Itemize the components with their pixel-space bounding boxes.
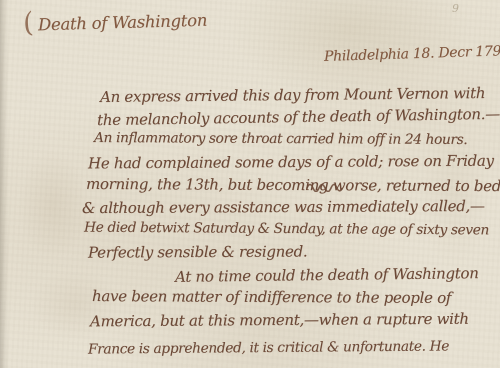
page-number: 9 bbox=[452, 2, 459, 15]
manuscript-line: An express arrived this day from Mount V… bbox=[100, 84, 485, 106]
manuscript-line: the melancholy accounts of the death of … bbox=[97, 105, 500, 129]
title-flourish-mark: ( bbox=[19, 7, 37, 40]
page-title: Death of Washington bbox=[38, 11, 208, 35]
dateline: Philadelphia 18. Decr 1799 bbox=[324, 43, 500, 65]
manuscript-line: He had complained some days of a cold; r… bbox=[88, 152, 494, 173]
page-left-edge-shadow bbox=[0, 0, 9, 368]
manuscript-line: An inflammatory sore throat carried him … bbox=[94, 130, 467, 148]
manuscript-line: He died betwixt Saturday & Sunday, at th… bbox=[84, 220, 489, 239]
ink-scribble-correction bbox=[306, 182, 344, 192]
manuscript-line: morning, the 13th, but becoming worse, r… bbox=[86, 175, 500, 195]
manuscript-line: At no time could the death of Washington bbox=[175, 264, 479, 286]
manuscript-line: France is apprehended, it is critical & … bbox=[88, 338, 449, 357]
manuscript-line: America, but at this moment,—when a rupt… bbox=[90, 310, 469, 331]
manuscript-page: ( Death of Washington 9 Philadelphia 18.… bbox=[0, 0, 500, 368]
manuscript-line: Perfectly sensible & resigned. bbox=[88, 242, 307, 261]
manuscript-line: have been matter of indifference to the … bbox=[92, 287, 451, 307]
paper-blotch bbox=[18, 150, 88, 260]
manuscript-line: & although every assistance was immediat… bbox=[82, 197, 485, 217]
